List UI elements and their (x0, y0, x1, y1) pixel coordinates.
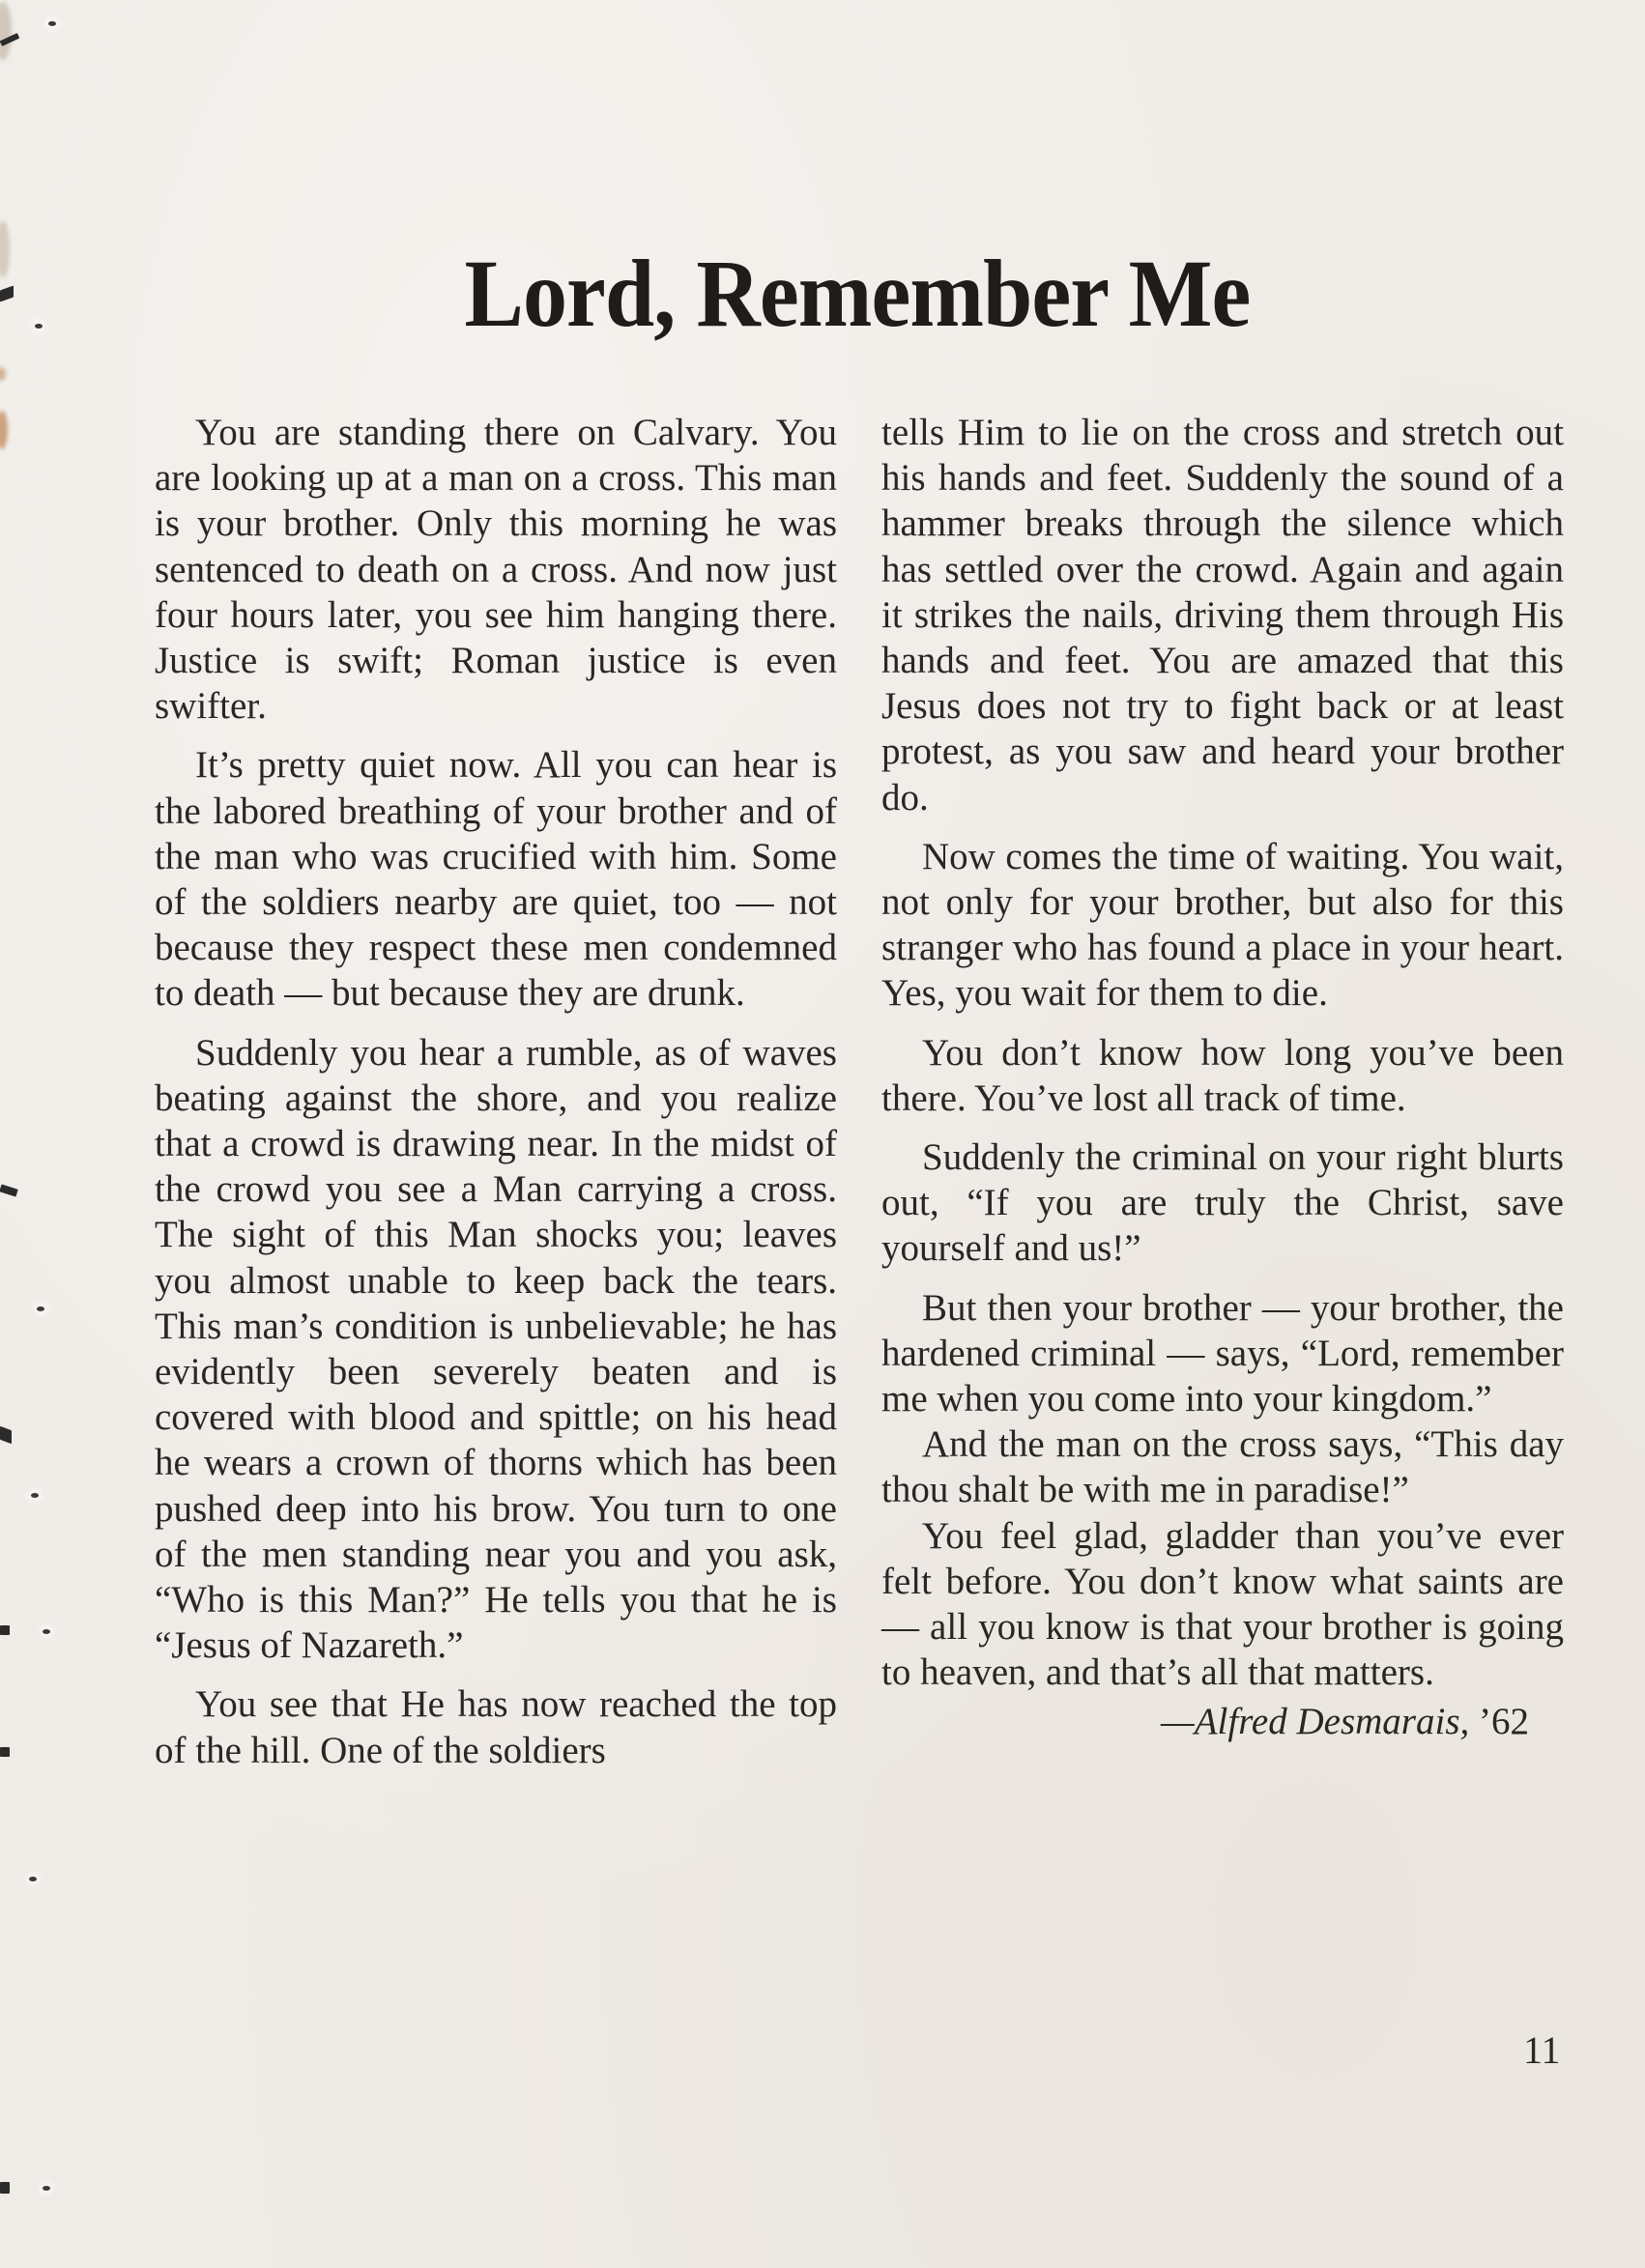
binding-mark (0, 1747, 10, 1757)
binding-stain (0, 411, 8, 449)
paragraph: Suddenly you hear a rumble, as of waves … (155, 1030, 837, 1669)
page-number: 11 (1523, 2027, 1561, 2073)
staple-hole (48, 21, 56, 26)
paragraph: It’s pretty quiet now. All you can hear … (155, 742, 837, 1016)
paragraph-continued: tells Him to lie on the cross and stretc… (881, 410, 1564, 820)
author-name: —Alfred Desmarais, (1161, 1701, 1469, 1742)
paragraph: You are standing there on Calvary. You a… (155, 410, 837, 729)
binding-mark (0, 2182, 10, 2194)
binding-stain (0, 2, 12, 60)
magazine-page: Lord, Remember Me You are standing there… (0, 0, 1645, 2268)
paragraph: Now comes the time of waiting. You wait,… (881, 834, 1564, 1017)
paragraph: But then your brother — your brother, th… (881, 1285, 1564, 1422)
paragraph: You see that He has now reached the top … (155, 1681, 837, 1772)
binding-mark (0, 1625, 10, 1635)
binding-mark (0, 1184, 18, 1196)
paragraph: And the man on the cross says, “This day… (881, 1421, 1564, 1512)
staple-hole (29, 1877, 37, 1881)
binding-stain (0, 367, 6, 381)
staple-hole (31, 1493, 39, 1498)
staple-hole (35, 324, 43, 329)
binding-mark (0, 285, 14, 301)
right-text-column: tells Him to lie on the cross and stretc… (881, 410, 1564, 1745)
class-year: ’62 (1469, 1701, 1529, 1742)
paragraph: You don’t know how long you’ve been ther… (881, 1030, 1564, 1121)
paragraph: Suddenly the criminal on your right blur… (881, 1134, 1564, 1272)
staple-hole (43, 1629, 50, 1634)
staple-hole (43, 2186, 50, 2191)
author-byline: —Alfred Desmarais, ’62 (881, 1699, 1564, 1744)
binding-stain (0, 220, 10, 278)
binding-mark (0, 1426, 12, 1444)
staple-hole (37, 1306, 44, 1311)
article-title: Lord, Remember Me (69, 241, 1645, 347)
paragraph: You feel glad, gladder than you’ve ever … (881, 1513, 1564, 1696)
left-text-column: You are standing there on Calvary. You a… (155, 410, 837, 1773)
